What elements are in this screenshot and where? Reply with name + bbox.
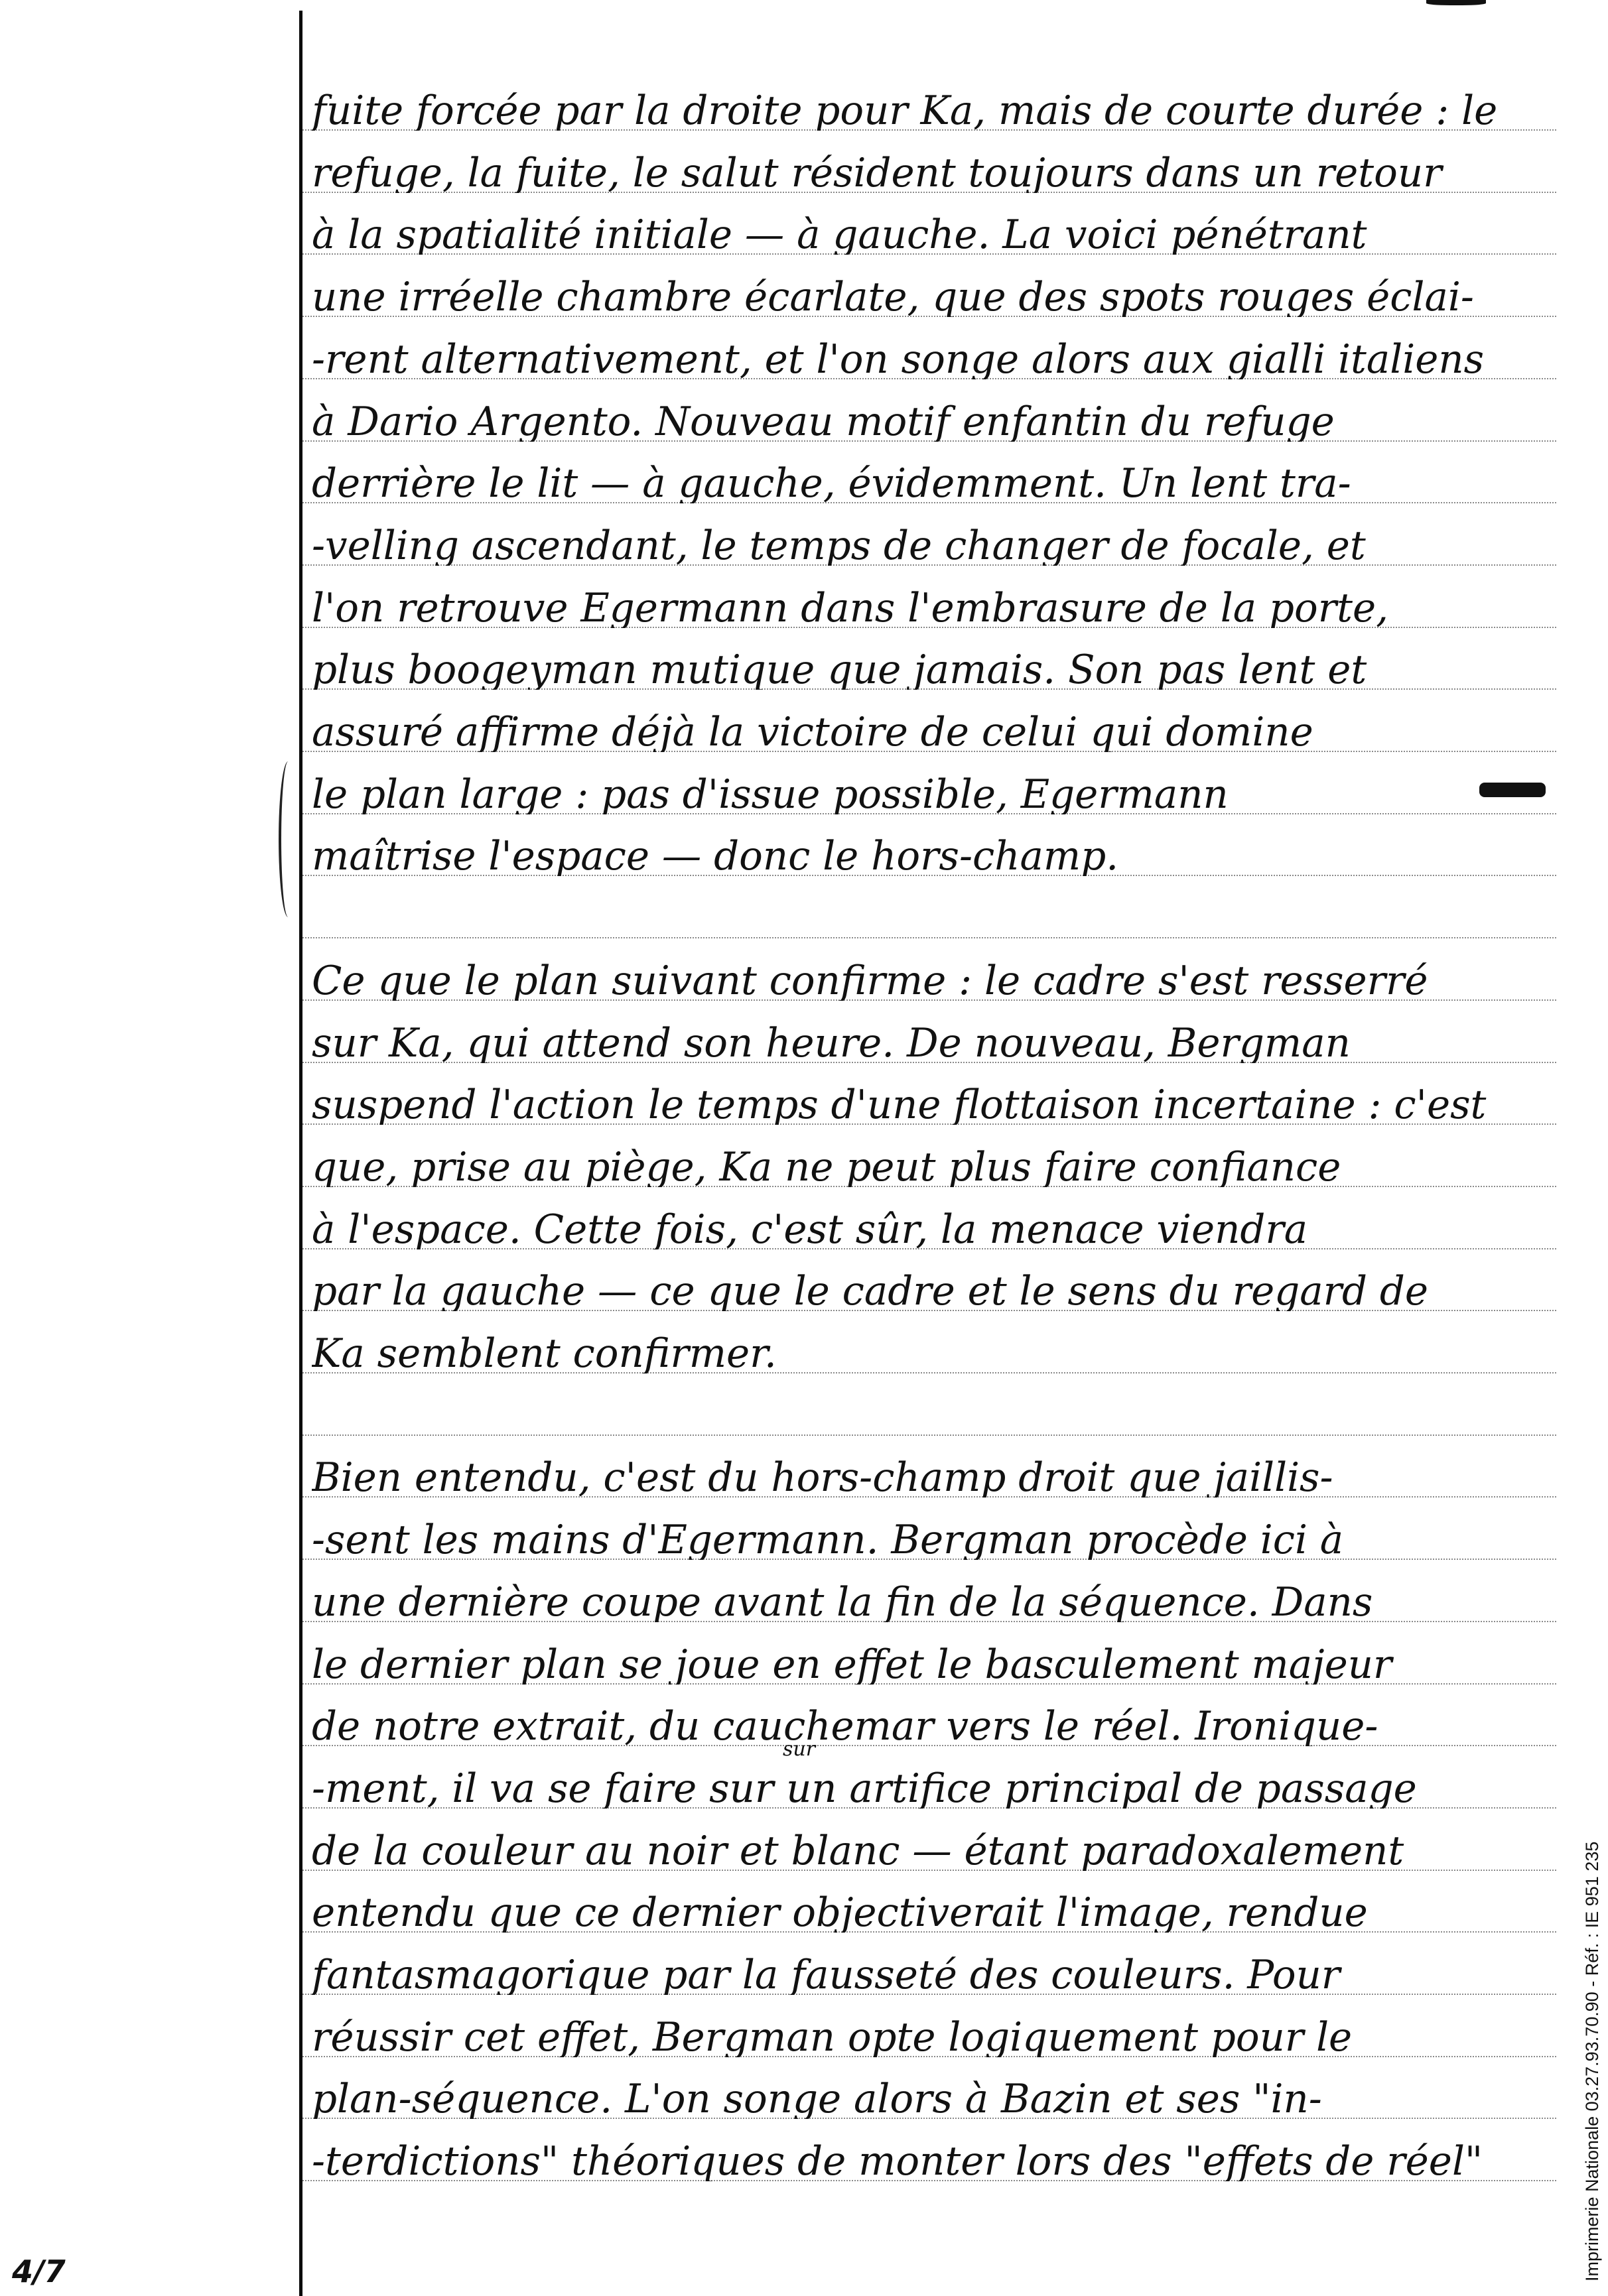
page-number: 4/7 xyxy=(12,2254,66,2289)
text-line: une dernière coupe avant la fin de la sé… xyxy=(312,1582,1546,1622)
text-line: plus boogeyman mutique que jamais. Son p… xyxy=(312,650,1546,690)
text-line: une irréelle chambre écarlate, que des s… xyxy=(312,277,1546,317)
text-line: assuré affirme déjà la victoire de celui… xyxy=(312,712,1546,752)
handwritten-page: fuite forcée par la droite pour Ka, mais… xyxy=(0,0,1608,2296)
ruled-line xyxy=(302,937,1556,938)
text-line: -terdictions" théoriques de monter lors … xyxy=(312,2141,1546,2181)
top-edge-scribble xyxy=(1426,0,1486,5)
text-line: le dernier plan se joue en effet le basc… xyxy=(312,1645,1546,1685)
text-line: que, prise au piège, Ka ne peut plus fai… xyxy=(312,1147,1546,1187)
text-line: suspend l'action le temps d'une flottais… xyxy=(312,1085,1546,1125)
margin-bracket-mark xyxy=(279,761,295,917)
text-line: à Dario Argento. Nouveau motif enfantin … xyxy=(312,402,1546,442)
text-line: -velling ascendant, le temps de changer … xyxy=(312,526,1546,566)
imprint-reference: Imprimerie Nationale 03.27.93.70.90 - Ré… xyxy=(1582,1842,1603,2281)
text-line: fantasmagorique par la fausseté des coul… xyxy=(312,1955,1546,1995)
margin-line xyxy=(299,11,302,2296)
text-line: Bien entendu, c'est du hors-champ droit … xyxy=(312,1458,1546,1498)
text-line: l'on retrouve Egermann dans l'embrasure … xyxy=(312,588,1546,628)
text-line: Ka semblent confirmer. xyxy=(312,1334,1546,1373)
text-line: -sent les mains d'Egermann. Bergman proc… xyxy=(312,1520,1546,1560)
text-line: réussir cet effet, Bergman opte logiquem… xyxy=(312,2017,1546,2057)
text-line: -ment, il va se faire sur un artifice pr… xyxy=(312,1769,1546,1809)
text-line: par la gauche — ce que le cadre et le se… xyxy=(312,1271,1546,1311)
insertion-annotation: sur xyxy=(783,1738,815,1761)
text-line: -rent alternativement, et l'on songe alo… xyxy=(312,340,1546,379)
text-line: maîtrise l'espace — donc le hors-champ. xyxy=(312,836,1546,876)
text-line: le plan large : pas d'issue possible, Eg… xyxy=(312,775,1546,814)
text-line: plan-séquence. L'on songe alors à Bazin … xyxy=(312,2079,1546,2119)
text-line: Ce que le plan suivant confirme : le cad… xyxy=(312,961,1546,1001)
text-line: à la spatialité initiale — à gauche. La … xyxy=(312,215,1546,255)
text-line: à l'espace. Cette fois, c'est sûr, la me… xyxy=(312,1210,1546,1249)
ruled-line xyxy=(302,1435,1556,1436)
text-line: derrière le lit — à gauche, évidemment. … xyxy=(312,464,1546,503)
text-line: de notre extrait, du cauchemar vers le r… xyxy=(312,1706,1546,1746)
text-line: entendu que ce dernier objectiverait l'i… xyxy=(312,1893,1546,1933)
text-line: sur Ka, qui attend son heure. De nouveau… xyxy=(312,1023,1546,1063)
text-line: fuite forcée par la droite pour Ka, mais… xyxy=(312,91,1546,131)
text-line: de la couleur au noir et blanc — étant p… xyxy=(312,1831,1546,1871)
text-line: refuge, la fuite, le salut résident touj… xyxy=(312,153,1546,193)
crossed-out-word xyxy=(1479,783,1546,797)
